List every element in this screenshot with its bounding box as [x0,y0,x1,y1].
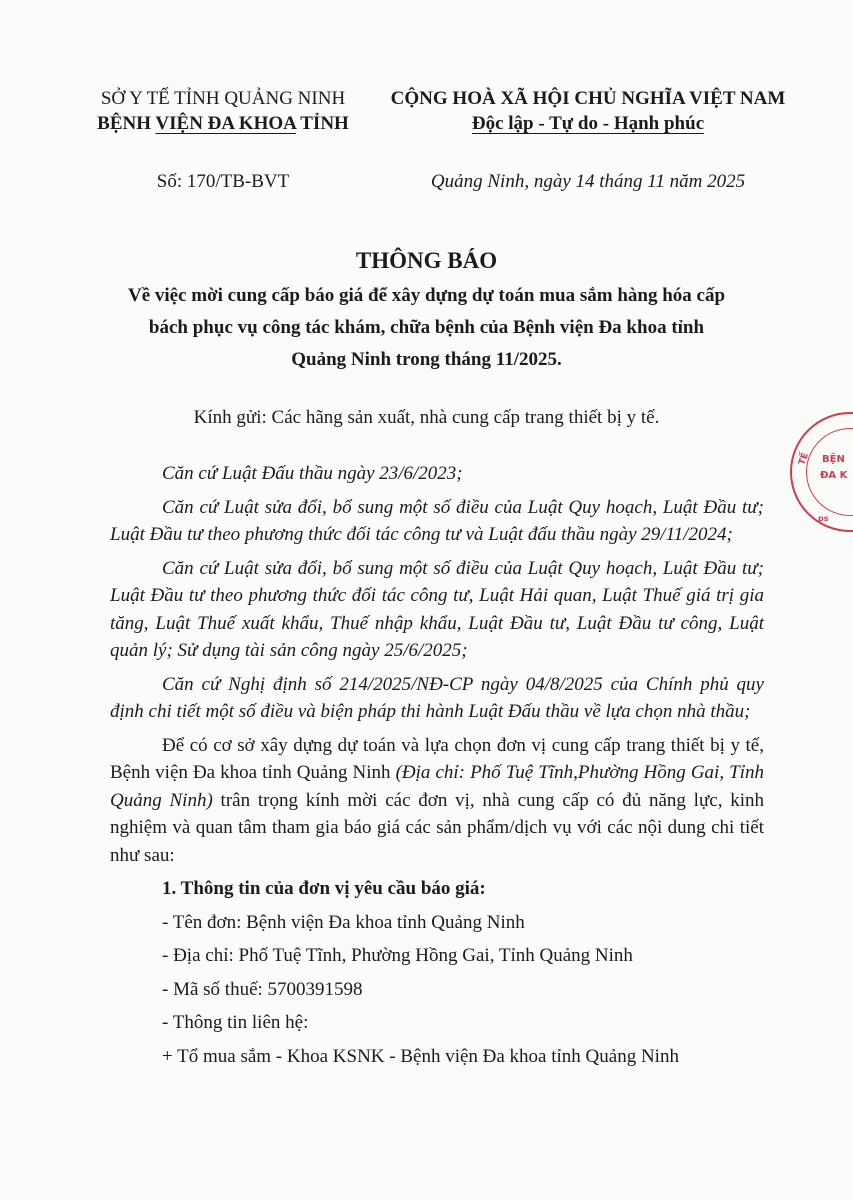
document-title: THÔNG BÁO [80,246,773,276]
department-name: SỞ Y TẾ TỈNH QUẢNG NINH [88,86,358,111]
recipient-line: Kính gửi: Các hãng sản xuất, nhà cung cấ… [80,405,773,431]
info-item: + Tổ mua sắm - Khoa KSNK - Bệnh viện Đa … [110,1043,764,1071]
legal-basis: Căn cứ Luật sửa đổi, bổ sung một số điều… [110,494,764,549]
title-block: THÔNG BÁO Về việc mời cung cấp báo giá đ… [80,246,773,376]
info-item: - Mã số thuế: 5700391598 [110,976,764,1004]
document-page: SỞ Y TẾ TỈNH QUẢNG NINH BỆNH VIỆN ĐA KHO… [0,0,853,1200]
document-number: Số: 170/TB-BVT [88,169,358,194]
legal-basis: Căn cứ Luật sửa đổi, bổ sung một số điều… [110,555,764,665]
info-item: - Tên đơn: Bệnh viện Đa khoa tỉnh Quảng … [110,909,764,937]
intro-paragraph: Để có cơ sở xây dựng dự toán và lựa chọn… [110,732,764,870]
info-item: - Thông tin liên hệ: [110,1009,764,1037]
national-motto: Độc lập - Tự do - Hạnh phúc [378,111,798,136]
document-subject: Về việc mời cung cấp báo giá để xây dựng… [80,280,773,376]
document-body: Căn cứ Luật Đấu thầu ngày 23/6/2023; Căn… [110,460,764,1076]
hospital-name: BỆNH VIỆN ĐA KHOA TỈNH [88,111,358,136]
info-item: - Địa chỉ: Phố Tuệ Tĩnh, Phường Hồng Gai… [110,942,764,970]
section-heading: 1. Thông tin của đơn vị yêu cầu báo giá: [110,875,764,903]
national-header: CỘNG HOÀ XÃ HỘI CHỦ NGHĨA VIỆT NAM Độc l… [378,86,798,194]
legal-basis: Căn cứ Luật Đấu thầu ngày 23/6/2023; [110,460,764,488]
place-date: Quảng Ninh, ngày 14 tháng 11 năm 2025 [378,169,798,194]
seal-bottom-text: ps [818,514,829,523]
seal-text-line1: BỆN [822,454,845,465]
national-title: CỘNG HOÀ XÃ HỘI CHỦ NGHĨA VIỆT NAM [378,86,798,111]
issuing-agency-header: SỞ Y TẾ TỈNH QUẢNG NINH BỆNH VIỆN ĐA KHO… [88,86,358,194]
official-seal-stamp: TẾ BỆN ĐA K ps [790,412,853,532]
legal-basis: Căn cứ Nghị định số 214/2025/NĐ-CP ngày … [110,671,764,726]
seal-text-line2: ĐA K [820,470,847,481]
